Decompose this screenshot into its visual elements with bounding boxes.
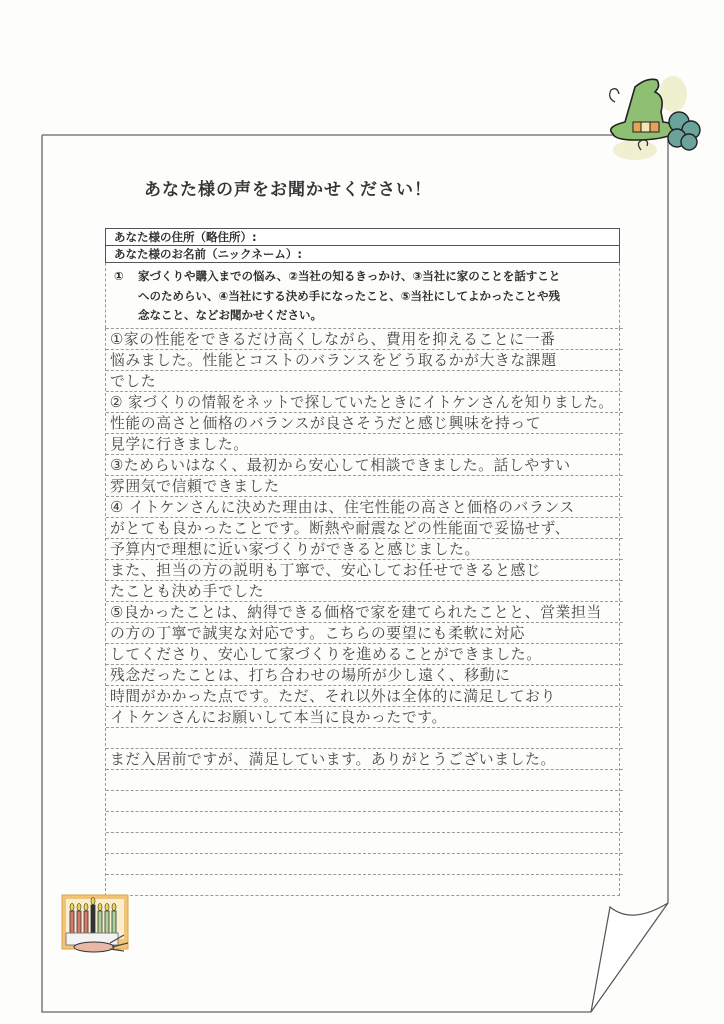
- question-line-2: へのためらい、④当社にする決め手になったこと、⑤当社にしてよかったことや残: [114, 287, 611, 307]
- answer-line: してくださり、安心して家づくりを進めることができました。: [106, 643, 623, 664]
- name-label: あなた様のお名前（ニックネーム）:: [114, 247, 302, 261]
- answer-line: [106, 853, 623, 874]
- answer-line: ④ イトケンさんに決めた理由は、住宅性能の高さと価格のバランス: [106, 496, 623, 517]
- answer-line: の方の丁寧で誠実な対応です。こちらの要望にも柔軟に対応: [106, 622, 623, 643]
- answer-line: ①家の性能をできるだけ高くしながら、費用を抑えることに一番: [106, 328, 623, 349]
- answer-line: 悩みました。性能とコストのバランスをどう取るかが大きな課題: [106, 349, 623, 370]
- answer-line: ② 家づくりの情報をネットで探していたときにイトケンさんを知りました。: [106, 391, 623, 412]
- page-title: あなた様の声をお聞かせください！: [144, 175, 432, 200]
- candles-icon: [60, 893, 132, 961]
- answer-line: でした: [106, 370, 623, 391]
- answer-line: [106, 811, 623, 832]
- answer-line: [106, 832, 623, 853]
- address-row: あなた様の住所（略住所）:: [105, 228, 620, 245]
- question-number: ①: [114, 267, 138, 287]
- question-line-1: 家づくりや購入までの悩み、②当社の知るきっかけ、③当社に家のことを話すこと: [138, 269, 560, 283]
- answer-line: [106, 769, 623, 790]
- answer-line: ⑤良かったことは、納得できる価格で家を建てられたことと、営業担当: [106, 601, 623, 622]
- answer-line: がとても良かったことです。断熱や耐震などの性能面で妥協せず、: [106, 517, 623, 538]
- answer-line: 性能の高さと価格のバランスが良さそうだと感じ興味を持って: [106, 412, 623, 433]
- answer-line: [106, 790, 623, 811]
- hat-clover-icon: [595, 72, 705, 167]
- name-field[interactable]: [469, 262, 619, 263]
- answer-line: イトケンさんにお願いして本当に良かったです。: [106, 706, 623, 727]
- answer-area[interactable]: ①家の性能をできるだけ高くしながら、費用を抑えることに一番 悩みました。性能とコ…: [105, 328, 620, 896]
- answer-line: また、担当の方の説明も丁寧で、安心してお任せできると感じ: [106, 559, 623, 580]
- answer-line: [106, 874, 623, 895]
- feedback-form: あなた様の住所（略住所）: あなた様のお名前（ニックネーム）: ①家づくりや購入…: [105, 228, 620, 896]
- answer-line: ③ためらいはなく、最初から安心して相談できました。話しやすい: [106, 454, 623, 475]
- answer-line: 時間がかかった点です。ただ、それ以外は全体的に満足しており: [106, 685, 623, 706]
- answer-line: [106, 727, 623, 748]
- answer-line: 予算内で理想に近い家づくりができると感じました。: [106, 538, 623, 559]
- question-prompt: ①家づくりや購入までの悩み、②当社の知るきっかけ、③当社に家のことを話すこと へ…: [105, 263, 620, 328]
- address-label: あなた様の住所（略住所）:: [114, 230, 257, 244]
- name-row: あなた様のお名前（ニックネーム）:: [105, 245, 620, 263]
- answer-line: 雰囲気で信頼できました: [106, 475, 623, 496]
- answer-line: 見学に行きました。: [106, 433, 623, 454]
- answer-line: たことも決め手でした: [106, 580, 623, 601]
- question-line-3: 念なこと、などお聞かせください。: [114, 306, 611, 326]
- answer-line: まだ入居前ですが、満足しています。ありがとうございました。: [106, 748, 623, 769]
- answer-line: 残念だったことは、打ち合わせの場所が少し遠く、移動に: [106, 664, 623, 685]
